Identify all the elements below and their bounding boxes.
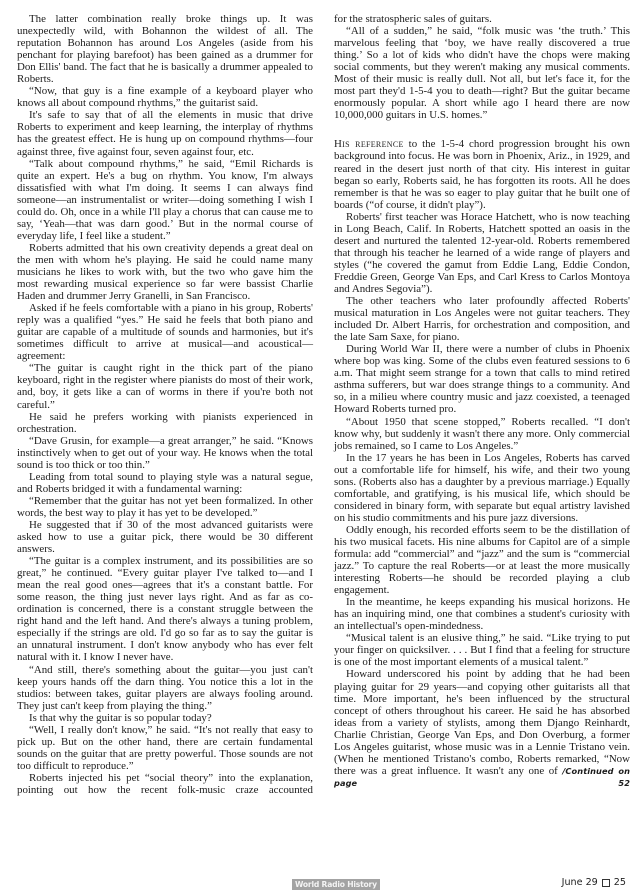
paragraph: It's safe to say that of all the element… <box>17 109 313 157</box>
final-paragraph-text: Howard underscored his point by adding t… <box>334 668 630 776</box>
paragraph: for the stratospheric sales of guitars. <box>334 13 630 25</box>
paragraph: “The guitar is a complex instrument, and… <box>17 555 313 663</box>
paragraph: During World War II, there were a number… <box>334 343 630 415</box>
magazine-page: The latter combination really broke thin… <box>0 0 638 894</box>
paragraph: “Dave Grusin, for example—a great arrang… <box>17 435 313 471</box>
final-paragraph: Howard underscored his point by adding t… <box>334 668 630 788</box>
right-column: for the stratospheric sales of guitars. … <box>334 13 630 789</box>
paragraph: “And still, there's something about the … <box>17 664 313 712</box>
paragraph: He suggested that if 30 of the most adva… <box>17 519 313 555</box>
paragraph: Leading from total sound to playing styl… <box>17 471 313 495</box>
page-number: 25 <box>614 877 626 888</box>
square-bullet-icon <box>602 879 610 887</box>
paragraph: The latter combination really broke thin… <box>17 13 313 85</box>
section-lead-in: His reference <box>334 138 404 150</box>
paragraph: “Talk about compound rhythms,” he said, … <box>17 158 313 242</box>
paragraph: “Musical talent is an elusive thing,” he… <box>334 632 630 668</box>
paragraph: He said he prefers working with pianists… <box>17 411 313 435</box>
issue-date: June 29 <box>562 877 598 888</box>
paragraph: Roberts injected his pet “social theory”… <box>17 772 313 796</box>
paragraph: Asked if he feels comfortable with a pia… <box>17 302 313 362</box>
paragraph: In the 17 years he has been in Los Angel… <box>334 452 630 524</box>
paragraph: Oddly enough, his recorded efforts seem … <box>334 524 630 596</box>
paragraph: Roberts admitted that his own creativity… <box>17 242 313 302</box>
left-column: The latter combination really broke thin… <box>17 13 313 796</box>
paragraph: “Well, I really don't know,” he said. “I… <box>17 724 313 772</box>
paragraph: The other teachers who later profoundly … <box>334 295 630 343</box>
paragraph: Is that why the guitar is so popular tod… <box>17 712 313 724</box>
section-opening-paragraph: His reference to the 1-5-4 chord progres… <box>334 138 630 210</box>
paragraph: “Remember that the guitar has not yet be… <box>17 495 313 519</box>
watermark: World Radio History <box>292 879 380 890</box>
page-folio: June 29 25 <box>562 877 626 888</box>
paragraph: Roberts' first teacher was Horace Hatche… <box>334 211 630 295</box>
paragraph: “The guitar is caught right in the thick… <box>17 362 313 410</box>
paragraph: “About 1950 that scene stopped,” Roberts… <box>334 416 630 452</box>
paragraph: “All of a sudden,” he said, “folk music … <box>334 25 630 121</box>
paragraph: “Now, that guy is a fine example of a ke… <box>17 85 313 109</box>
paragraph: In the meantime, he keeps expanding his … <box>334 596 630 632</box>
